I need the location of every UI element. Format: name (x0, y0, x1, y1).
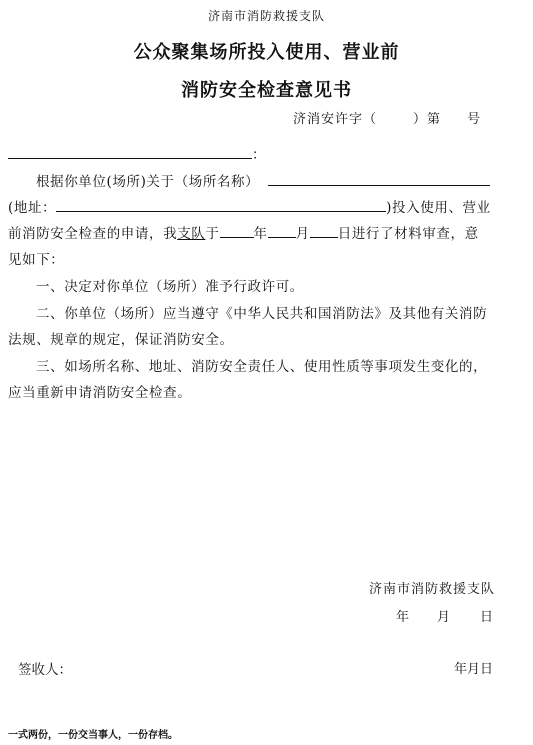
receipt-year: 年 (454, 662, 467, 677)
receipt-date: 年月日 (454, 658, 493, 677)
item-3: 三、如场所名称、地址、消防安全责任人、使用性质等事项发生变化的， (36, 355, 487, 375)
document-number: 济消安许字（）第号 (293, 108, 481, 127)
signature-year: 年 (396, 606, 409, 625)
issuer-header: 济南市消防救援支队 (0, 7, 533, 24)
address-close: )投入使用、营业 (386, 200, 491, 216)
line3-text-c: 日进行了材料审查，意 (338, 226, 479, 242)
month-label: 月 (296, 226, 310, 242)
line3-text-b: 于 (205, 226, 219, 242)
receipt-day: 日 (480, 662, 493, 677)
item-3-continued: 应当重新申请消防安全检查。 (8, 381, 191, 401)
year-label: 年 (254, 226, 268, 242)
item-2-continued: 法规、规章的规定，保证消防安全。 (8, 328, 234, 348)
signature-date: 年月日 (396, 606, 493, 625)
opinion-intro: 见如下： (8, 248, 64, 268)
recipient-line: ： (8, 143, 266, 163)
recipient-colon: ： (252, 147, 266, 163)
address-blank[interactable] (56, 197, 386, 212)
line3-text-a: 前消防安全检查的申请，我 (8, 226, 177, 242)
address-line: (地址：)投入使用、营业 (8, 196, 491, 216)
venue-name-blank[interactable] (268, 171, 490, 186)
signature-issuer: 济南市消防救援支队 (369, 578, 495, 597)
intro-text: 根据你单位(场所)关于（场所名称） (36, 174, 259, 190)
receipt-month: 月 (467, 662, 480, 677)
recipient-signature-label: 签收人： (18, 658, 72, 678)
item-1: 一、决定对你单位（场所）准予行政许可。 (36, 275, 304, 295)
address-open: (地址： (8, 200, 56, 216)
doc-number-prefix: 济消安许字（ (293, 112, 377, 127)
copies-footnote: 一式两份，一份交当事人，一份存档。 (8, 726, 178, 741)
unit-name: 支队 (177, 226, 205, 242)
month-blank[interactable] (268, 223, 296, 238)
document-title-line2: 消防安全检查意见书 (0, 76, 533, 102)
signature-day: 日 (480, 606, 493, 625)
year-blank[interactable] (220, 223, 254, 238)
doc-number-suffix: 号 (467, 112, 481, 127)
day-blank[interactable] (310, 223, 338, 238)
document-title-line1: 公众聚集场所投入使用、营业前 (0, 38, 533, 64)
application-date-line: 前消防安全检查的申请，我支队于年月日进行了材料审查，意 (8, 222, 479, 242)
paragraph-intro-line: 根据你单位(场所)关于（场所名称） (36, 170, 490, 190)
signature-month: 月 (437, 606, 450, 625)
doc-number-close: ）第 (413, 112, 441, 127)
recipient-blank[interactable] (8, 144, 252, 159)
item-2: 二、你单位（场所）应当遵守《中华人民共和国消防法》及其他有关消防 (36, 302, 487, 322)
